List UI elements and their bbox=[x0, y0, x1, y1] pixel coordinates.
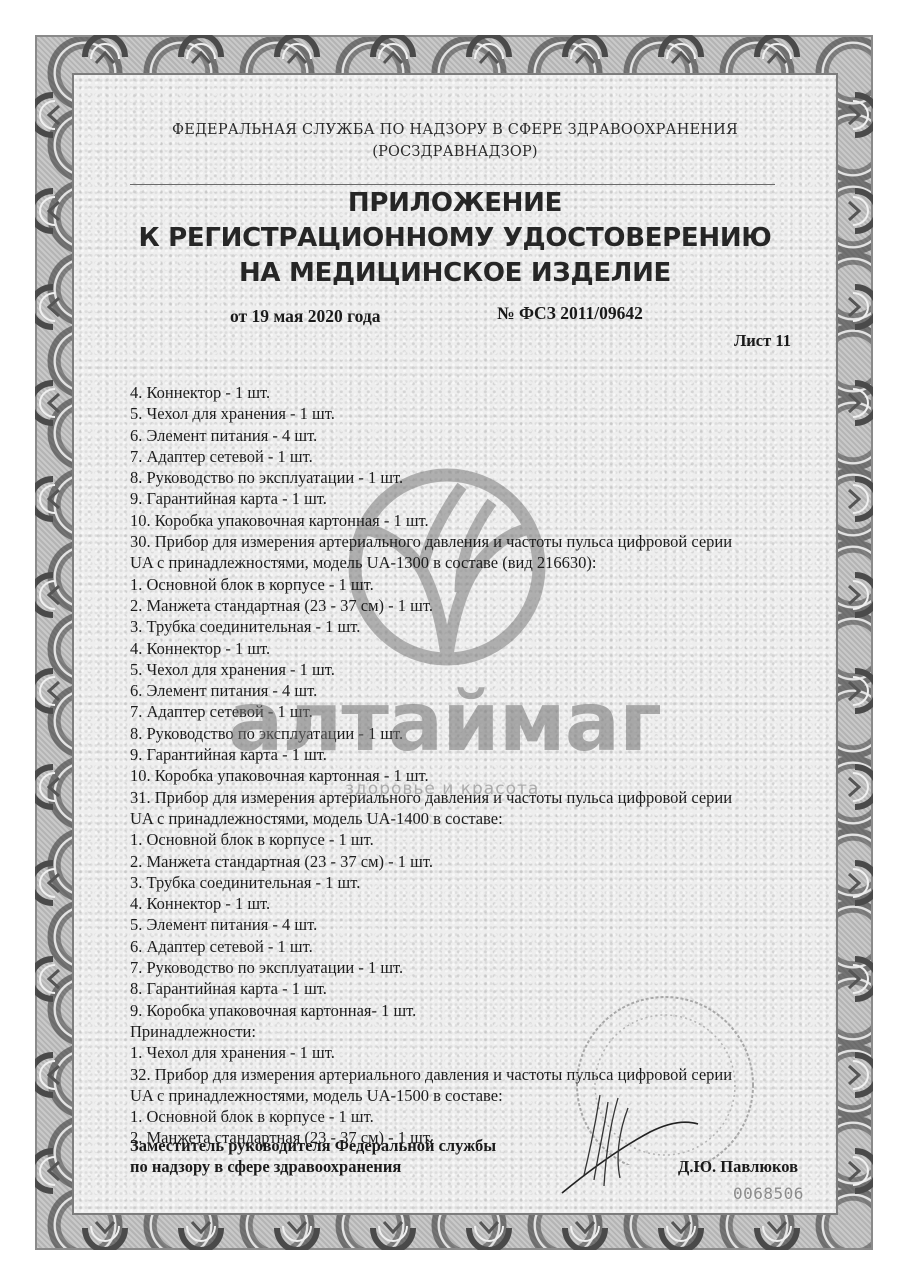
list-item: 9. Гарантийная карта - 1 шт. bbox=[130, 744, 732, 765]
form-serial-number: 0068506 bbox=[733, 1184, 804, 1203]
list-item: 9. Гарантийная карта - 1 шт. bbox=[130, 488, 732, 509]
list-item: 8. Руководство по эксплуатации - 1 шт. bbox=[130, 723, 732, 744]
list-item: 4. Коннектор - 1 шт. bbox=[130, 638, 732, 659]
signatory-position-line1: Заместитель руководителя Федеральной слу… bbox=[130, 1135, 496, 1156]
list-item: 6. Элемент питания - 4 шт. bbox=[130, 680, 732, 701]
list-item: 1. Основной блок в корпусе - 1 шт. bbox=[130, 1106, 732, 1127]
equipment-list: 4. Коннектор - 1 шт.5. Чехол для хранени… bbox=[130, 382, 732, 1149]
list-item: 4. Коннектор - 1 шт. bbox=[130, 382, 732, 403]
document-title-line3: НА МЕДИЦИНСКОЕ ИЗДЕЛИЕ bbox=[72, 258, 838, 288]
document-title-line2: К РЕГИСТРАЦИОННОМУ УДОСТОВЕРЕНИЮ bbox=[72, 223, 838, 253]
list-item: 3. Трубка соединительная - 1 шт. bbox=[130, 616, 732, 637]
list-item: Принадлежности: bbox=[130, 1021, 732, 1042]
list-item: 3. Трубка соединительная - 1 шт. bbox=[130, 872, 732, 893]
list-item: 7. Адаптер сетевой - 1 шт. bbox=[130, 701, 732, 722]
list-item: 10. Коробка упаковочная картонная - 1 шт… bbox=[130, 510, 732, 531]
sheet-number: Лист 11 bbox=[734, 331, 791, 351]
list-item: UA с принадлежностями, модель UA-1300 в … bbox=[130, 552, 732, 573]
list-item: 6. Элемент питания - 4 шт. bbox=[130, 425, 732, 446]
list-item: 8. Гарантийная карта - 1 шт. bbox=[130, 978, 732, 999]
list-item: 1. Основной блок в корпусе - 1 шт. bbox=[130, 574, 732, 595]
list-item: UA с принадлежностями, модель UA-1400 в … bbox=[130, 808, 732, 829]
list-item: 6. Адаптер сетевой - 1 шт. bbox=[130, 936, 732, 957]
list-item: 5. Элемент питания - 4 шт. bbox=[130, 914, 732, 935]
list-item: 1. Чехол для хранения - 1 шт. bbox=[130, 1042, 732, 1063]
header-divider bbox=[130, 184, 775, 185]
list-item: 4. Коннектор - 1 шт. bbox=[130, 893, 732, 914]
list-item: 7. Руководство по эксплуатации - 1 шт. bbox=[130, 957, 732, 978]
list-item: 32. Прибор для измерения артериального д… bbox=[130, 1064, 732, 1085]
list-item: UA с принадлежностями, модель UA-1500 в … bbox=[130, 1085, 732, 1106]
list-item: 31. Прибор для измерения артериального д… bbox=[130, 787, 732, 808]
list-item: 5. Чехол для хранения - 1 шт. bbox=[130, 659, 732, 680]
list-item: 9. Коробка упаковочная картонная- 1 шт. bbox=[130, 1000, 732, 1021]
agency-name: ФЕДЕРАЛЬНАЯ СЛУЖБА ПО НАДЗОРУ В СФЕРЕ ЗД… bbox=[72, 122, 838, 138]
list-item: 8. Руководство по эксплуатации - 1 шт. bbox=[130, 467, 732, 488]
list-item: 1. Основной блок в корпусе - 1 шт. bbox=[130, 829, 732, 850]
list-item: 10. Коробка упаковочная картонная - 1 шт… bbox=[130, 765, 732, 786]
list-item: 2. Манжета стандартная (23 - 37 см) - 1 … bbox=[130, 595, 732, 616]
signatory-name: Д.Ю. Павлюков bbox=[678, 1156, 798, 1177]
list-item: 7. Адаптер сетевой - 1 шт. bbox=[130, 446, 732, 467]
issue-date: от 19 мая 2020 года bbox=[230, 306, 381, 327]
list-item: 2. Манжета стандартная (23 - 37 см) - 1 … bbox=[130, 851, 732, 872]
document-title-line1: ПРИЛОЖЕНИЕ bbox=[72, 188, 838, 218]
list-item: 30. Прибор для измерения артериального д… bbox=[130, 531, 732, 552]
agency-abbreviation: (РОСЗДРАВНАДЗОР) bbox=[72, 144, 838, 160]
certificate-number: № ФСЗ 2011/09642 bbox=[497, 303, 643, 324]
signatory-position-line2: по надзору в сфере здравоохранения bbox=[130, 1156, 401, 1177]
list-item: 5. Чехол для хранения - 1 шт. bbox=[130, 403, 732, 424]
